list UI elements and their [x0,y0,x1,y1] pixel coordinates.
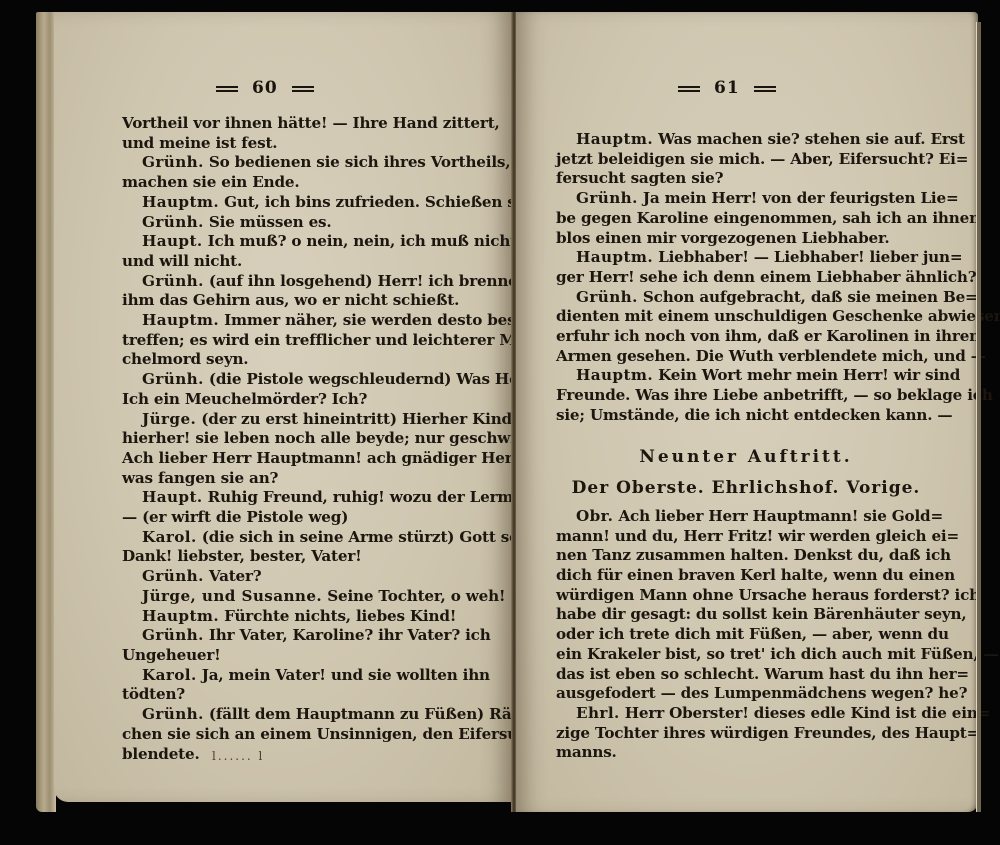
text-line: Grünh. (die Pistole wegschleudernd) Was … [122,370,502,390]
speaker-name: Grünh. [142,626,204,644]
line-text: manns. [556,743,617,761]
line-text: Ihr Vater, Karoline? ihr Vater? ich [209,626,491,644]
line-text: Ich muß? o nein, nein, ich muß nicht, [208,232,522,250]
line-text: Armen gesehen. Die Wuth verblendete mich… [556,347,986,365]
text-line: das ist eben so schlecht. Warum hast du … [556,665,936,685]
speaker-name: Karol. [142,528,197,546]
line-text: zige Tochter ihres würdigen Freundes, de… [556,724,979,742]
line-text: und will nicht. [122,252,242,270]
line-text: dienten mit einem unschuldigen Geschenke… [556,307,1000,325]
line-text: machen sie ein Ende. [122,173,299,191]
text-line: — (er wirft die Pistole weg) [122,508,502,528]
text-line: chelmord seyn. [122,350,502,370]
line-text: tödten? [122,685,185,703]
text-line: ihm das Gehirn aus, wo er nicht schießt. [122,291,502,311]
line-text: erfuhr ich noch von ihm, daß er Karoline… [556,327,980,345]
line-text: be gegen Karoline eingenommen, sah ich a… [556,209,980,227]
text-line: und meine ist fest. [122,134,502,154]
left-page-body: Vortheil vor ihnen hätte! — Ihre Hand zi… [122,114,502,764]
line-text: ausgefodert — des Lumpenmädchens wegen? … [556,684,967,702]
line-text: (die sich in seine Arme stürzt) Gott sey [202,528,527,546]
speaker-name: Hauptm. [142,311,219,329]
dialogue-after-scene: Obr. Ach lieber Herr Hauptmann! sie Gold… [556,507,936,763]
text-line: Dank! liebster, bester, Vater! [122,547,502,567]
speaker-name: Obr. [576,507,613,525]
speaker-name: Grünh. [142,272,204,290]
line-text: Kein Wort mehr mein Herr! wir sind [658,366,960,384]
line-text: treffen; es wird ein trefflicher und lei… [122,331,549,349]
speaker-name: Grünh. [576,189,638,207]
folio-rule-left [678,86,700,92]
catchword: l...... l [212,749,264,763]
text-line: hierher! sie leben noch alle beyde; nur … [122,429,502,449]
line-text: das ist eben so schlecht. Warum hast du … [556,665,969,683]
line-text: nen Tanz zusammen halten. Denkst du, daß… [556,546,951,564]
line-text: chelmord seyn. [122,350,248,368]
text-line: Obr. Ach lieber Herr Hauptmann! sie Gold… [556,507,936,527]
line-text: Ich ein Meuchelmörder? Ich? [122,390,367,408]
line-text: Fürchte nichts, liebes Kind! [224,607,456,625]
text-line: jetzt beleidigen sie mich. — Aber, Eifer… [556,150,936,170]
speaker-name: Grünh. [142,370,204,388]
text-line: Ehrl. Herr Oberster! dieses edle Kind is… [556,704,936,724]
line-text: dich für einen braven Kerl halte, wenn d… [556,566,955,584]
text-line: be gegen Karoline eingenommen, sah ich a… [556,209,936,229]
speaker-name: Grünh. [142,567,204,585]
text-line: Ungeheuer! [122,646,502,666]
text-line: Grünh. (fällt dem Hauptmann zu Füßen) Rä… [122,705,502,725]
line-text: Vater? [209,567,262,585]
book-page-edges-left [36,12,56,812]
text-line: Vortheil vor ihnen hätte! — Ihre Hand zi… [122,114,502,134]
page-number-right: 61 [664,78,790,98]
line-text: Dank! liebster, bester, Vater! [122,547,362,565]
text-line: ger Herr! sehe ich denn einem Liebhaber … [556,268,936,288]
speaker-name: Hauptm. [576,248,653,266]
text-line: ein Krakeler bist, so tret' ich dich auc… [556,645,936,665]
line-text: So bedienen sie sich ihres Vortheils, [209,153,510,171]
line-text: sie; Umstände, die ich nicht entdecken k… [556,406,952,424]
text-line: Grünh. Vater? [122,567,502,587]
speaker-name: Grünh. [576,288,638,306]
line-text: und meine ist fest. [122,134,277,152]
text-line: Jürge, und Susanne. Seine Tochter, o weh… [122,587,502,607]
text-line: was fangen sie an? [122,469,502,489]
text-line: Armen gesehen. Die Wuth verblendete mich… [556,347,936,367]
text-line: chen sie sich an einem Unsinnigen, den E… [122,725,502,745]
speaker-name: Hauptm. [142,607,219,625]
line-text: habe dir gesagt: du sollst kein Bärenhäu… [556,605,966,623]
line-text: würdigen Mann ohne Ursache heraus forder… [556,586,980,604]
line-text: oder ich trete dich mit Füßen, — aber, w… [556,625,949,643]
line-text: ger Herr! sehe ich denn einem Liebhaber … [556,268,976,286]
text-line: dienten mit einem unschuldigen Geschenke… [556,307,936,327]
text-line: treffen; es wird ein trefflicher und lei… [122,331,502,351]
line-text: (auf ihn losgehend) Herr! ich brenne [209,272,518,290]
text-line: Ich ein Meuchelmörder? Ich? [122,390,502,410]
text-line: blos einen mir vorgezogenen Liebhaber. [556,229,936,249]
text-line: würdigen Mann ohne Ursache heraus forder… [556,586,936,606]
line-text: Schon aufgebracht, daß sie meinen Be= [643,288,978,306]
text-line: Hauptm. Kein Wort mehr mein Herr! wir si… [556,366,936,386]
text-line: Karol. Ja, mein Vater! und sie wollten i… [122,666,502,686]
cast-heading: Der Oberste. Ehrlichshof. Vorige. [556,479,936,499]
page-number-left: 60 [202,78,328,98]
speaker-name: Jürge, und Susanne. [142,587,322,605]
text-line: Freunde. Was ihre Liebe anbetrifft, — so… [556,386,936,406]
page-number-text: 60 [252,78,278,98]
line-text: Ach lieber Herr Hauptmann! ach gnädiger … [122,449,527,467]
line-text: — (er wirft die Pistole weg) [122,508,348,526]
line-text: blos einen mir vorgezogenen Liebhaber. [556,229,889,247]
line-text: Ach lieber Herr Hauptmann! sie Gold= [618,507,943,525]
speaker-name: Grünh. [142,213,204,231]
line-text: Ja mein Herr! von der feurigsten Lie= [643,189,959,207]
book-page-edges-right [976,22,981,812]
line-text: Sie müssen es. [209,213,332,231]
speaker-name: Ehrl. [576,704,620,722]
text-line: dich für einen braven Kerl halte, wenn d… [556,566,936,586]
line-text: Ruhig Freund, ruhig! wozu der Lerm? [208,488,522,506]
text-line: manns. [556,743,936,763]
line-text: Seine Tochter, o weh! [327,587,505,605]
line-text: Herr Oberster! dieses edle Kind ist die … [625,704,990,722]
speaker-name: Hauptm. [142,193,219,211]
line-text: fersucht sagten sie? [556,169,723,187]
line-text: Ja, mein Vater! und sie wollten ihn [202,666,490,684]
right-page-body: Hauptm. Was machen sie? stehen sie auf. … [556,130,936,763]
text-line: Hauptm. Fürchte nichts, liebes Kind! [122,607,502,627]
right-page: 61 Hauptm. Was machen sie? stehen sie au… [516,12,978,812]
text-line: tödten? [122,685,502,705]
line-text: blendete. [122,745,200,763]
line-text: Liebhaber! — Liebhaber! lieber jun= [658,248,962,266]
line-text: Freunde. Was ihre Liebe anbetrifft, — so… [556,386,993,404]
page-number-text: 61 [714,78,740,98]
text-line: Grünh. (auf ihn losgehend) Herr! ich bre… [122,272,502,292]
text-line: zige Tochter ihres würdigen Freundes, de… [556,724,936,744]
text-line: Jürge. (der zu erst hineintritt) Hierher… [122,410,502,430]
speaker-name: Hauptm. [576,366,653,384]
speaker-name: Hauptm. [576,130,653,148]
text-line: ausgefodert — des Lumpenmädchens wegen? … [556,684,936,704]
text-line: Karol. (die sich in seine Arme stürzt) G… [122,528,502,548]
text-line: Hauptm. Liebhaber! — Liebhaber! lieber j… [556,248,936,268]
text-line: fersucht sagten sie? [556,169,936,189]
line-text: mann! und du, Herr Fritz! wir werden gle… [556,527,959,545]
line-text: ein Krakeler bist, so tret' ich dich auc… [556,645,999,663]
line-text: Vortheil vor ihnen hätte! — Ihre Hand zi… [122,114,500,132]
text-line: Hauptm. Immer näher, sie werden desto be… [122,311,502,331]
text-line: oder ich trete dich mit Füßen, — aber, w… [556,625,936,645]
text-line: Ach lieber Herr Hauptmann! ach gnädiger … [122,449,502,469]
left-page: 60 Vortheil vor ihnen hätte! — Ihre Hand… [54,12,512,802]
line-text: (der zu erst hineintritt) Hierher Kinder… [201,410,533,428]
line-text: hierher! sie leben noch alle beyde; nur … [122,429,542,447]
text-line: Hauptm. Was machen sie? stehen sie auf. … [556,130,936,150]
speaker-name: Grünh. [142,705,204,723]
text-line: nen Tanz zusammen halten. Denkst du, daß… [556,546,936,566]
text-line: Grünh. Ihr Vater, Karoline? ihr Vater? i… [122,626,502,646]
folio-rule-left [216,86,238,92]
line-text: Ungeheuer! [122,646,221,664]
text-line: Grünh. So bedienen sie sich ihres Vorthe… [122,153,502,173]
speaker-name: Grünh. [142,153,204,171]
line-text: chen sie sich an einem Unsinnigen, den E… [122,725,545,743]
folio-rule-right [754,86,776,92]
line-text: Was machen sie? stehen sie auf. Erst [658,130,965,148]
text-line: blendete. [122,745,502,765]
text-line: Haupt. Ruhig Freund, ruhig! wozu der Ler… [122,488,502,508]
line-text: jetzt beleidigen sie mich. — Aber, Eifer… [556,150,968,168]
folio-rule-right [292,86,314,92]
speaker-name: Haupt. [142,232,203,250]
text-line: machen sie ein Ende. [122,173,502,193]
text-line: Grünh. Schon aufgebracht, daß sie meinen… [556,288,936,308]
line-text: was fangen sie an? [122,469,278,487]
text-line: sie; Umstände, die ich nicht entdecken k… [556,406,936,426]
text-line: mann! und du, Herr Fritz! wir werden gle… [556,527,936,547]
line-text: Immer näher, sie werden desto besser [224,311,541,329]
text-line: Grünh. Sie müssen es. [122,213,502,233]
line-text: ihm das Gehirn aus, wo er nicht schießt. [122,291,459,309]
text-line: Haupt. Ich muß? o nein, nein, ich muß ni… [122,232,502,252]
dialogue-before-scene: Hauptm. Was machen sie? stehen sie auf. … [556,130,936,426]
speaker-name: Jürge. [142,410,196,428]
line-text: Gut, ich bins zufrieden. Schießen sie. [224,193,536,211]
text-line: habe dir gesagt: du sollst kein Bärenhäu… [556,605,936,625]
text-line: erfuhr ich noch von ihm, daß er Karoline… [556,327,936,347]
speaker-name: Karol. [142,666,197,684]
text-line: Hauptm. Gut, ich bins zufrieden. Schieße… [122,193,502,213]
scene-heading: Neunter Auftritt. [556,448,936,468]
text-line: und will nicht. [122,252,502,272]
text-line: Grünh. Ja mein Herr! von der feurigsten … [556,189,936,209]
line-text: (die Pistole wegschleudernd) Was Herr! [209,370,541,388]
speaker-name: Haupt. [142,488,203,506]
line-text: (fällt dem Hauptmann zu Füßen) Rä= [209,705,524,723]
